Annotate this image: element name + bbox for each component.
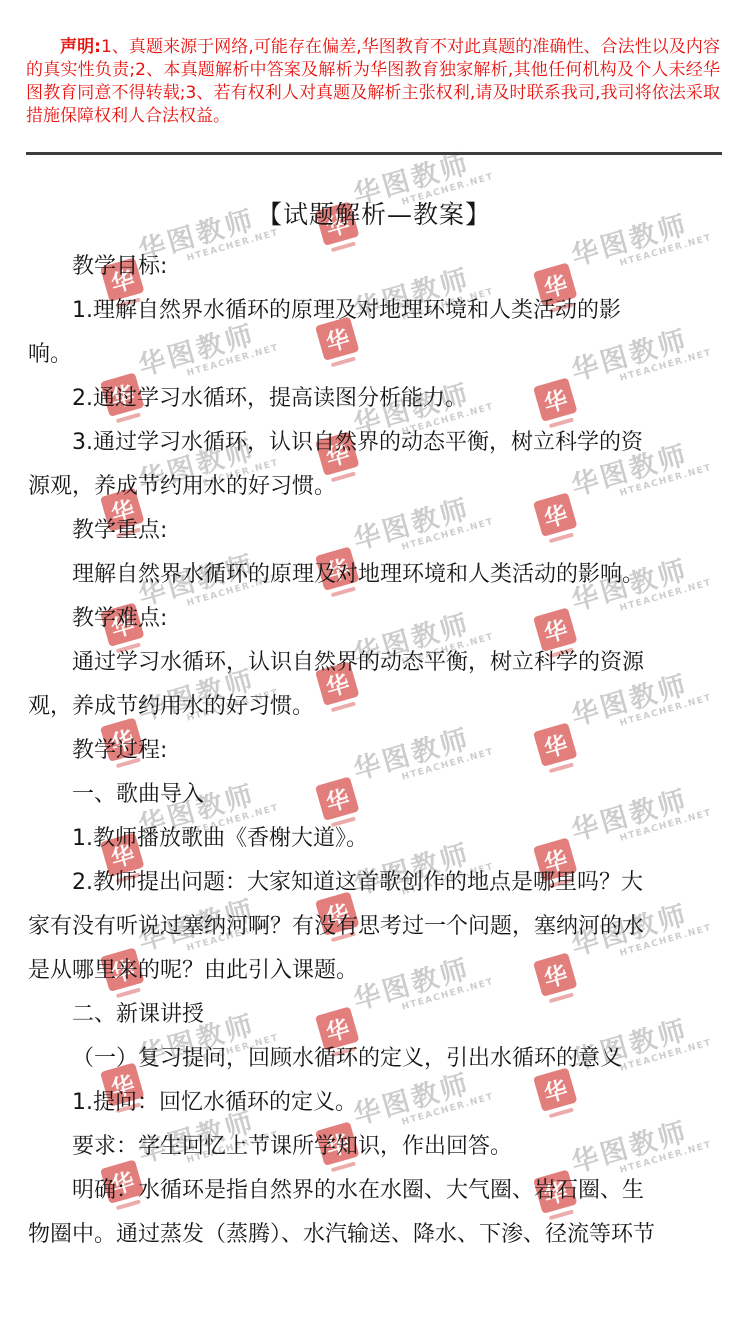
text-line: 1.教师播放歌曲《香榭大道》。 [28,817,718,861]
text-line: 1.理解自然界水循环的原理及对地理环境和人类活动的影 [28,289,718,333]
text-line: 响。 [28,333,718,377]
text-line: 1.提问：回忆水循环的定义。 [28,1081,718,1125]
text-line: 二、新课讲授 [28,993,718,1037]
header-divider [26,152,722,155]
text-line: 教学目标: [28,245,718,289]
text-line: 2.通过学习水循环，提高读图分析能力。 [28,377,718,421]
document-content: 声明:1、真题来源于网络,可能存在偏差,华图教育不对此真题的准确性、合法性以及内… [0,0,748,1257]
text-line: 通过学习水循环，认识自然界的动态平衡，树立科学的资源 [28,641,718,685]
document-body: 教学目标:1.理解自然界水循环的原理及对地理环境和人类活动的影响。2.通过学习水… [28,245,718,1257]
text-line: 物圈中。通过蒸发（蒸腾）、水汽输送、降水、下渗、径流等环节 [28,1213,718,1257]
text-line: 教学重点: [28,509,718,553]
text-line: （一）复习提问，回顾水循环的定义，引出水循环的意义 [28,1037,718,1081]
header: 声明:1、真题来源于网络,可能存在偏差,华图教育不对此真题的准确性、合法性以及内… [0,0,748,152]
text-line: 家有没有听说过塞纳河啊？有没有思考过一个问题，塞纳河的水 [28,905,718,949]
text-line: 2.教师提出问题：大家知道这首歌创作的地点是哪里吗？大 [28,861,718,905]
disclaimer: 声明:1、真题来源于网络,可能存在偏差,华图教育不对此真题的准确性、合法性以及内… [26,0,720,128]
page-title: 【试题解析—教案】 [0,195,748,231]
disclaimer-paragraph: 声明:1、真题来源于网络,可能存在偏差,华图教育不对此真题的准确性、合法性以及内… [26,36,720,128]
disclaimer-label: 声明: [60,37,101,57]
text-line: 观，养成节约用水的好习惯。 [28,685,718,729]
text-line: 要求：学生回忆上节课所学知识，作出回答。 [28,1125,718,1169]
text-line: 理解自然界水循环的原理及对地理环境和人类活动的影响。 [28,553,718,597]
text-line: 明确：水循环是指自然界的水在水圈、大气圈、岩石圈、生 [28,1169,718,1213]
text-line: 教学过程: [28,729,718,773]
disclaimer-text: 1、真题来源于网络,可能存在偏差,华图教育不对此真题的准确性、合法性以及内容的真… [26,37,720,126]
document-page: 华华图教师HTEACHER.NET华华图教师HTEACHER.NET华华图教师H… [0,0,748,1335]
text-line: 源观，养成节约用水的好习惯。 [28,465,718,509]
text-line: 3.通过学习水循环，认识自然界的动态平衡，树立科学的资 [28,421,718,465]
text-line: 一、歌曲导入 [28,773,718,817]
text-line: 是从哪里来的呢？由此引入课题。 [28,949,718,993]
text-line: 教学难点: [28,597,718,641]
